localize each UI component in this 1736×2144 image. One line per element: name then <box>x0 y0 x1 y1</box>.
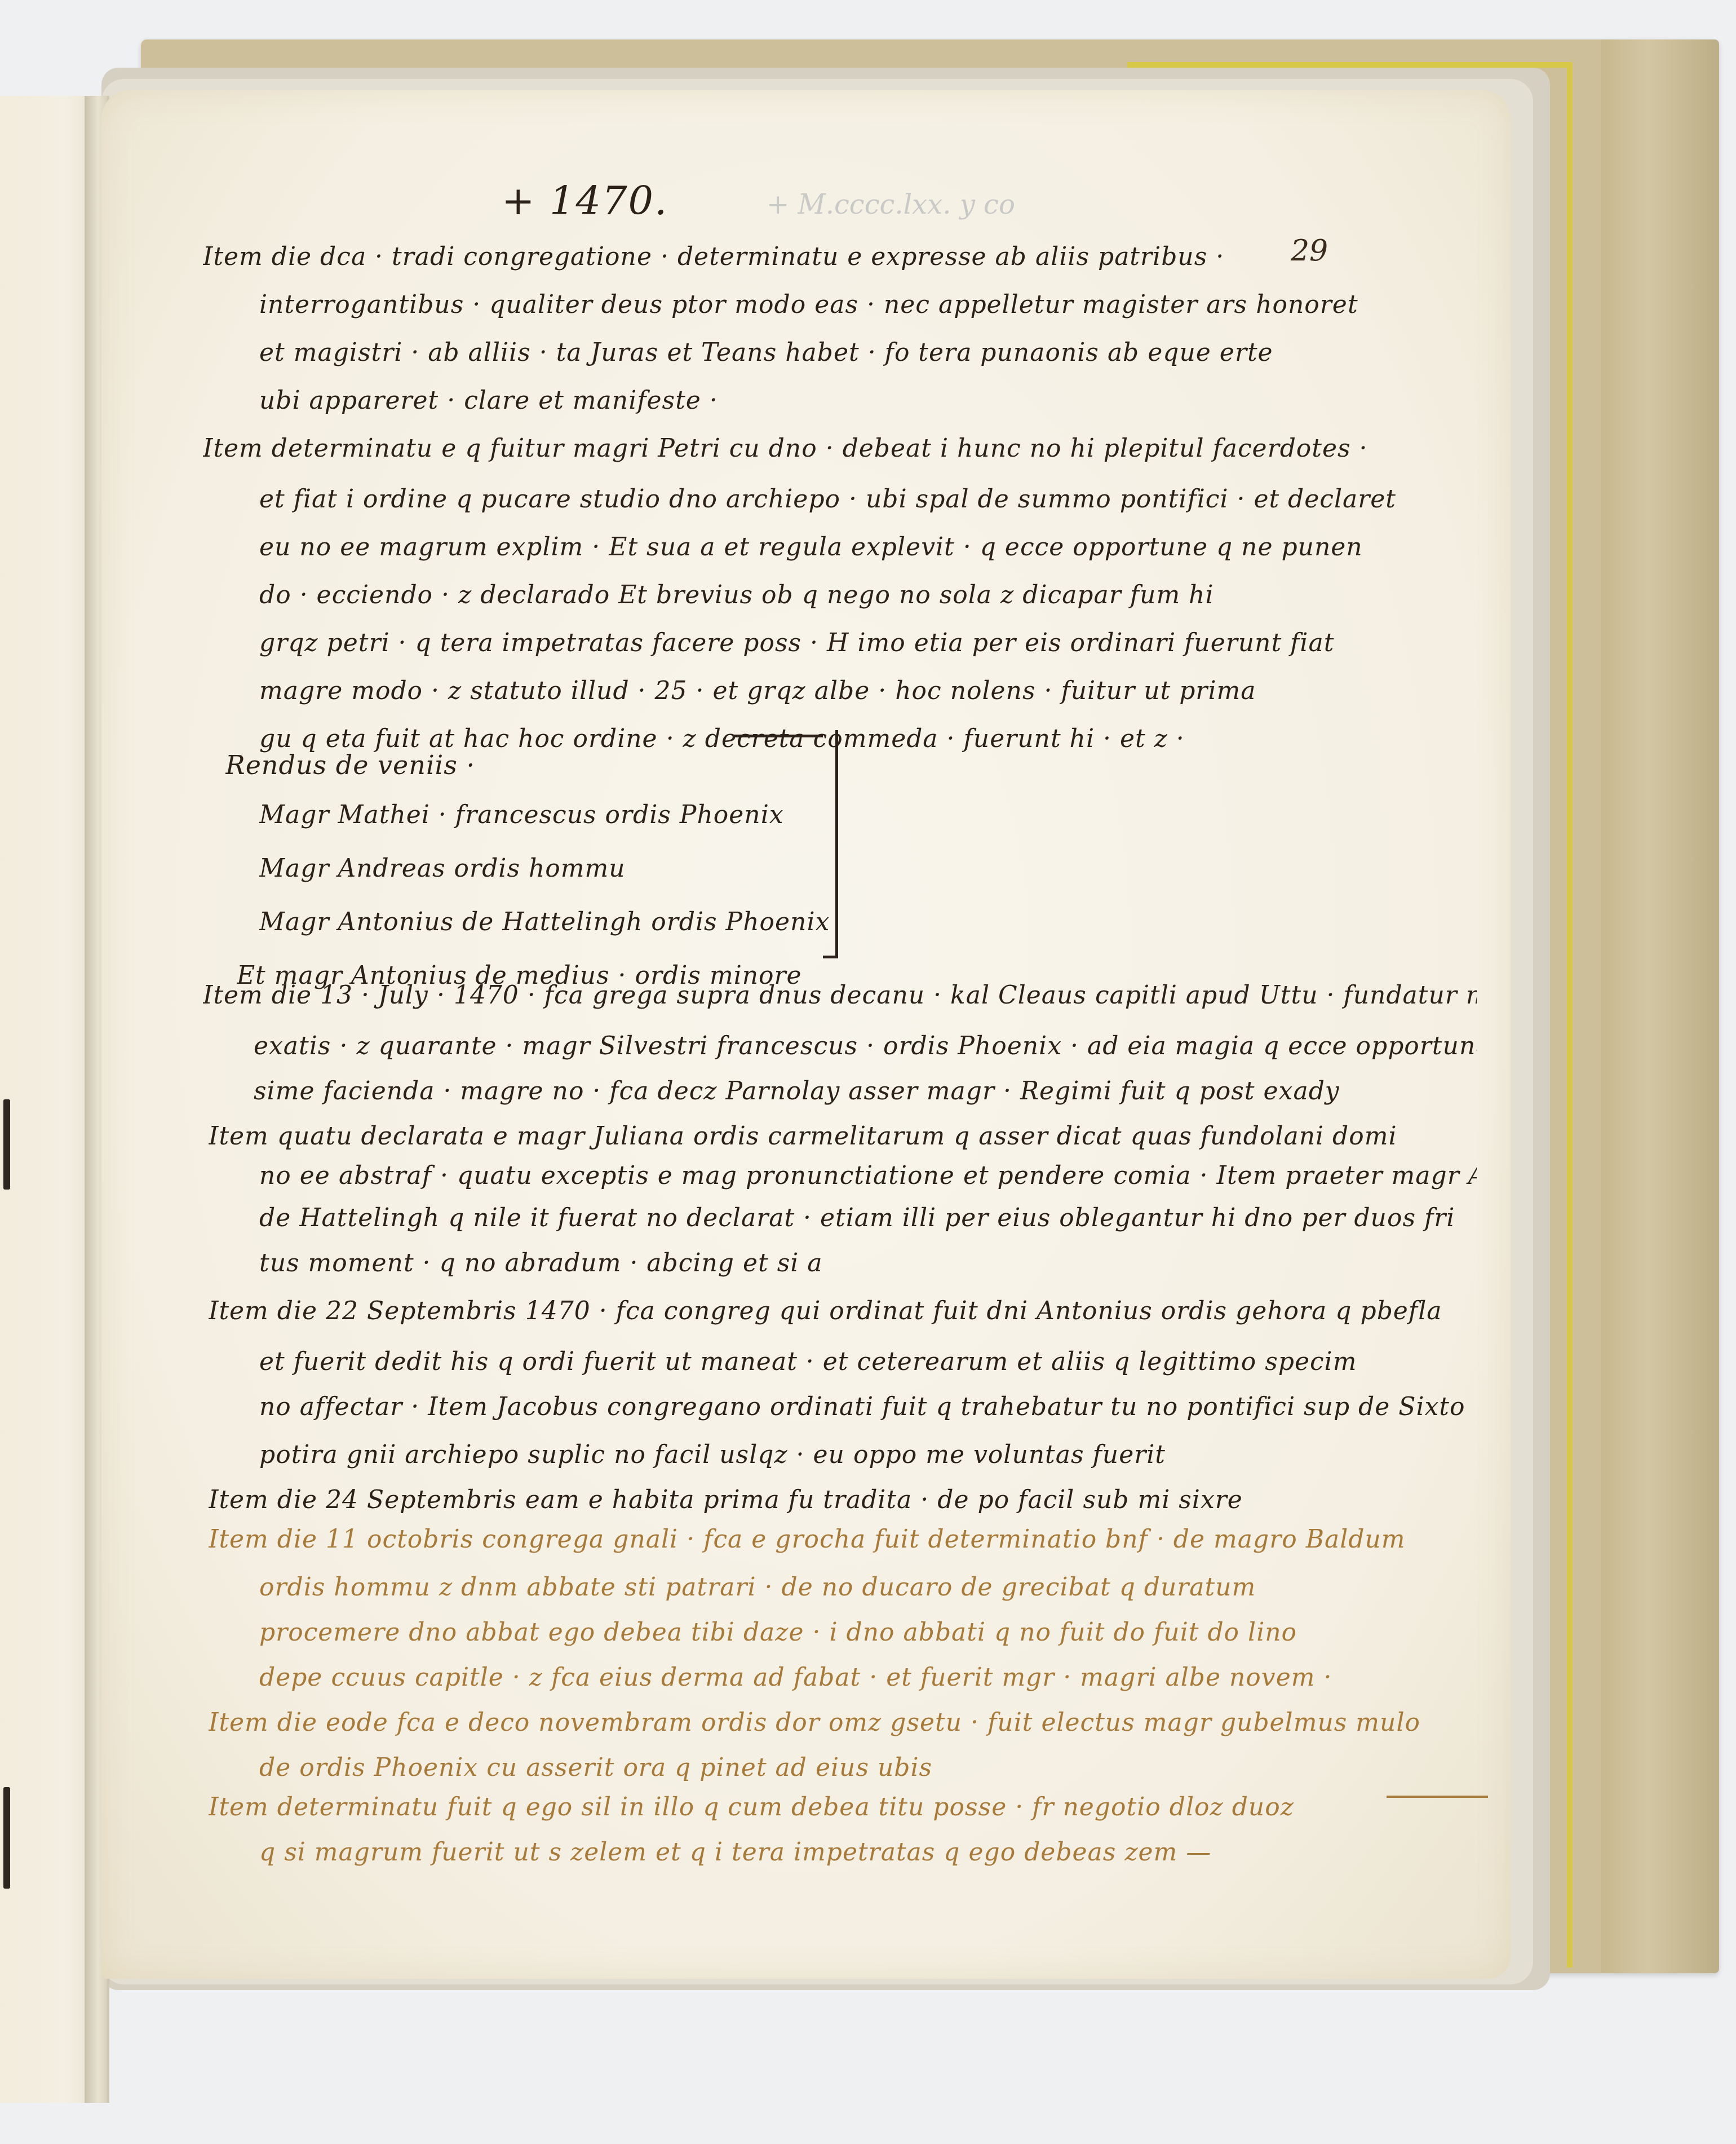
paragraph-line: potira gnii archiepo suplic no facil usl… <box>259 1440 1477 1469</box>
paragraph-line: no ee abstraf · quatu exceptis e mag pro… <box>259 1161 1477 1190</box>
paragraph-line: eu no ee magrum explim · Et sua a et reg… <box>259 533 1477 562</box>
vellum-cover-flap <box>1601 39 1719 1973</box>
paragraph-first-line: Item determinatu e q fuitur magri Petri … <box>203 434 1477 463</box>
paragraph-line: depe ccuus capitle · z fca eius derma ad… <box>259 1663 1477 1692</box>
paragraph-first-line: Item die dca · tradi congregatione · det… <box>203 242 1477 271</box>
show-through-heading: + M.cccc.lxx. y co <box>767 189 1015 220</box>
paragraph-line: sime facienda · magre no · fca decz Parn… <box>254 1077 1477 1106</box>
paragraph-first-line: Item die 11 octobris congrega gnali · fc… <box>209 1525 1477 1554</box>
left-page-ink-mark <box>3 1099 10 1190</box>
paragraph-line: gu q eta fuit at hac hoc ordine · z decr… <box>259 724 1477 753</box>
paragraph-line: de ordis Phoenix cu asserit ora q pinet … <box>259 1753 1477 1782</box>
paragraph-line: ordis hommu z dnm abbate sti patrari · d… <box>259 1573 1477 1602</box>
paragraph-line: do · ecciendo · z declarado Et brevius o… <box>259 581 1477 609</box>
list-bracket-top <box>733 735 823 737</box>
paragraph-line: magre modo · z statuto illud · 25 · et g… <box>259 677 1477 705</box>
paragraph-line: et fiat i ordine q pucare studio dno arc… <box>259 485 1477 514</box>
paragraph-line: q si magrum fuerit ut s zelem et q i ter… <box>259 1838 1477 1867</box>
paragraph-line: tus moment · q no abradum · abcing et si… <box>259 1249 1477 1277</box>
paragraph-line: de Hattelingh q nile it fuerat no declar… <box>259 1204 1477 1232</box>
page-heading: + 1470. <box>502 178 668 224</box>
paragraph-first-line: Item quatu declarata e magr Juliana ordi… <box>209 1122 1477 1151</box>
paragraph-line: exatis · z quarante · magr Silvestri fra… <box>254 1032 1477 1060</box>
list-title: Rendus de veniis · <box>225 750 1477 780</box>
paragraph-first-line: Item die 13 · July · 1470 · fca grega su… <box>203 981 1477 1010</box>
paragraph-line: grqz petri · q tera impetratas facere po… <box>259 629 1477 657</box>
list-item: Magr Mathei · francescus ordis Phoenix <box>259 801 1477 829</box>
paragraph-line: no affectar · Item Jacobus congregano or… <box>259 1393 1477 1421</box>
paragraph-line: et fuerit dedit his q ordi fuerit ut man… <box>259 1347 1477 1376</box>
paragraph-first-line: Item determinatu fuit q ego sil in illo … <box>209 1793 1477 1822</box>
paragraph-first-line: Item die eode fca e deco novembram ordis… <box>209 1708 1477 1737</box>
list-item: Magr Antonius de Hattelingh ordis Phoeni… <box>259 908 1477 936</box>
list-bracket <box>823 730 838 958</box>
paragraph-line: procemere dno abbat ego debea tibi daze … <box>259 1618 1477 1647</box>
paragraph-first-line: Item die 22 Septembris 1470 · fca congre… <box>209 1297 1477 1325</box>
line-filler-dash <box>1387 1796 1488 1798</box>
left-page-ink-mark <box>3 1787 10 1889</box>
paragraph-line: interrogantibus · qualiter deus ptor mod… <box>259 290 1477 319</box>
paragraph-line: ubi appareret · clare et manifeste · <box>259 386 1477 415</box>
paragraph-first-line: Item die 24 Septembris eam e habita prim… <box>209 1486 1477 1514</box>
list-item: Magr Andreas ordis hommu <box>259 854 1477 883</box>
paragraph-line: et magistri · ab alliis · ta Juras et Te… <box>259 338 1477 367</box>
